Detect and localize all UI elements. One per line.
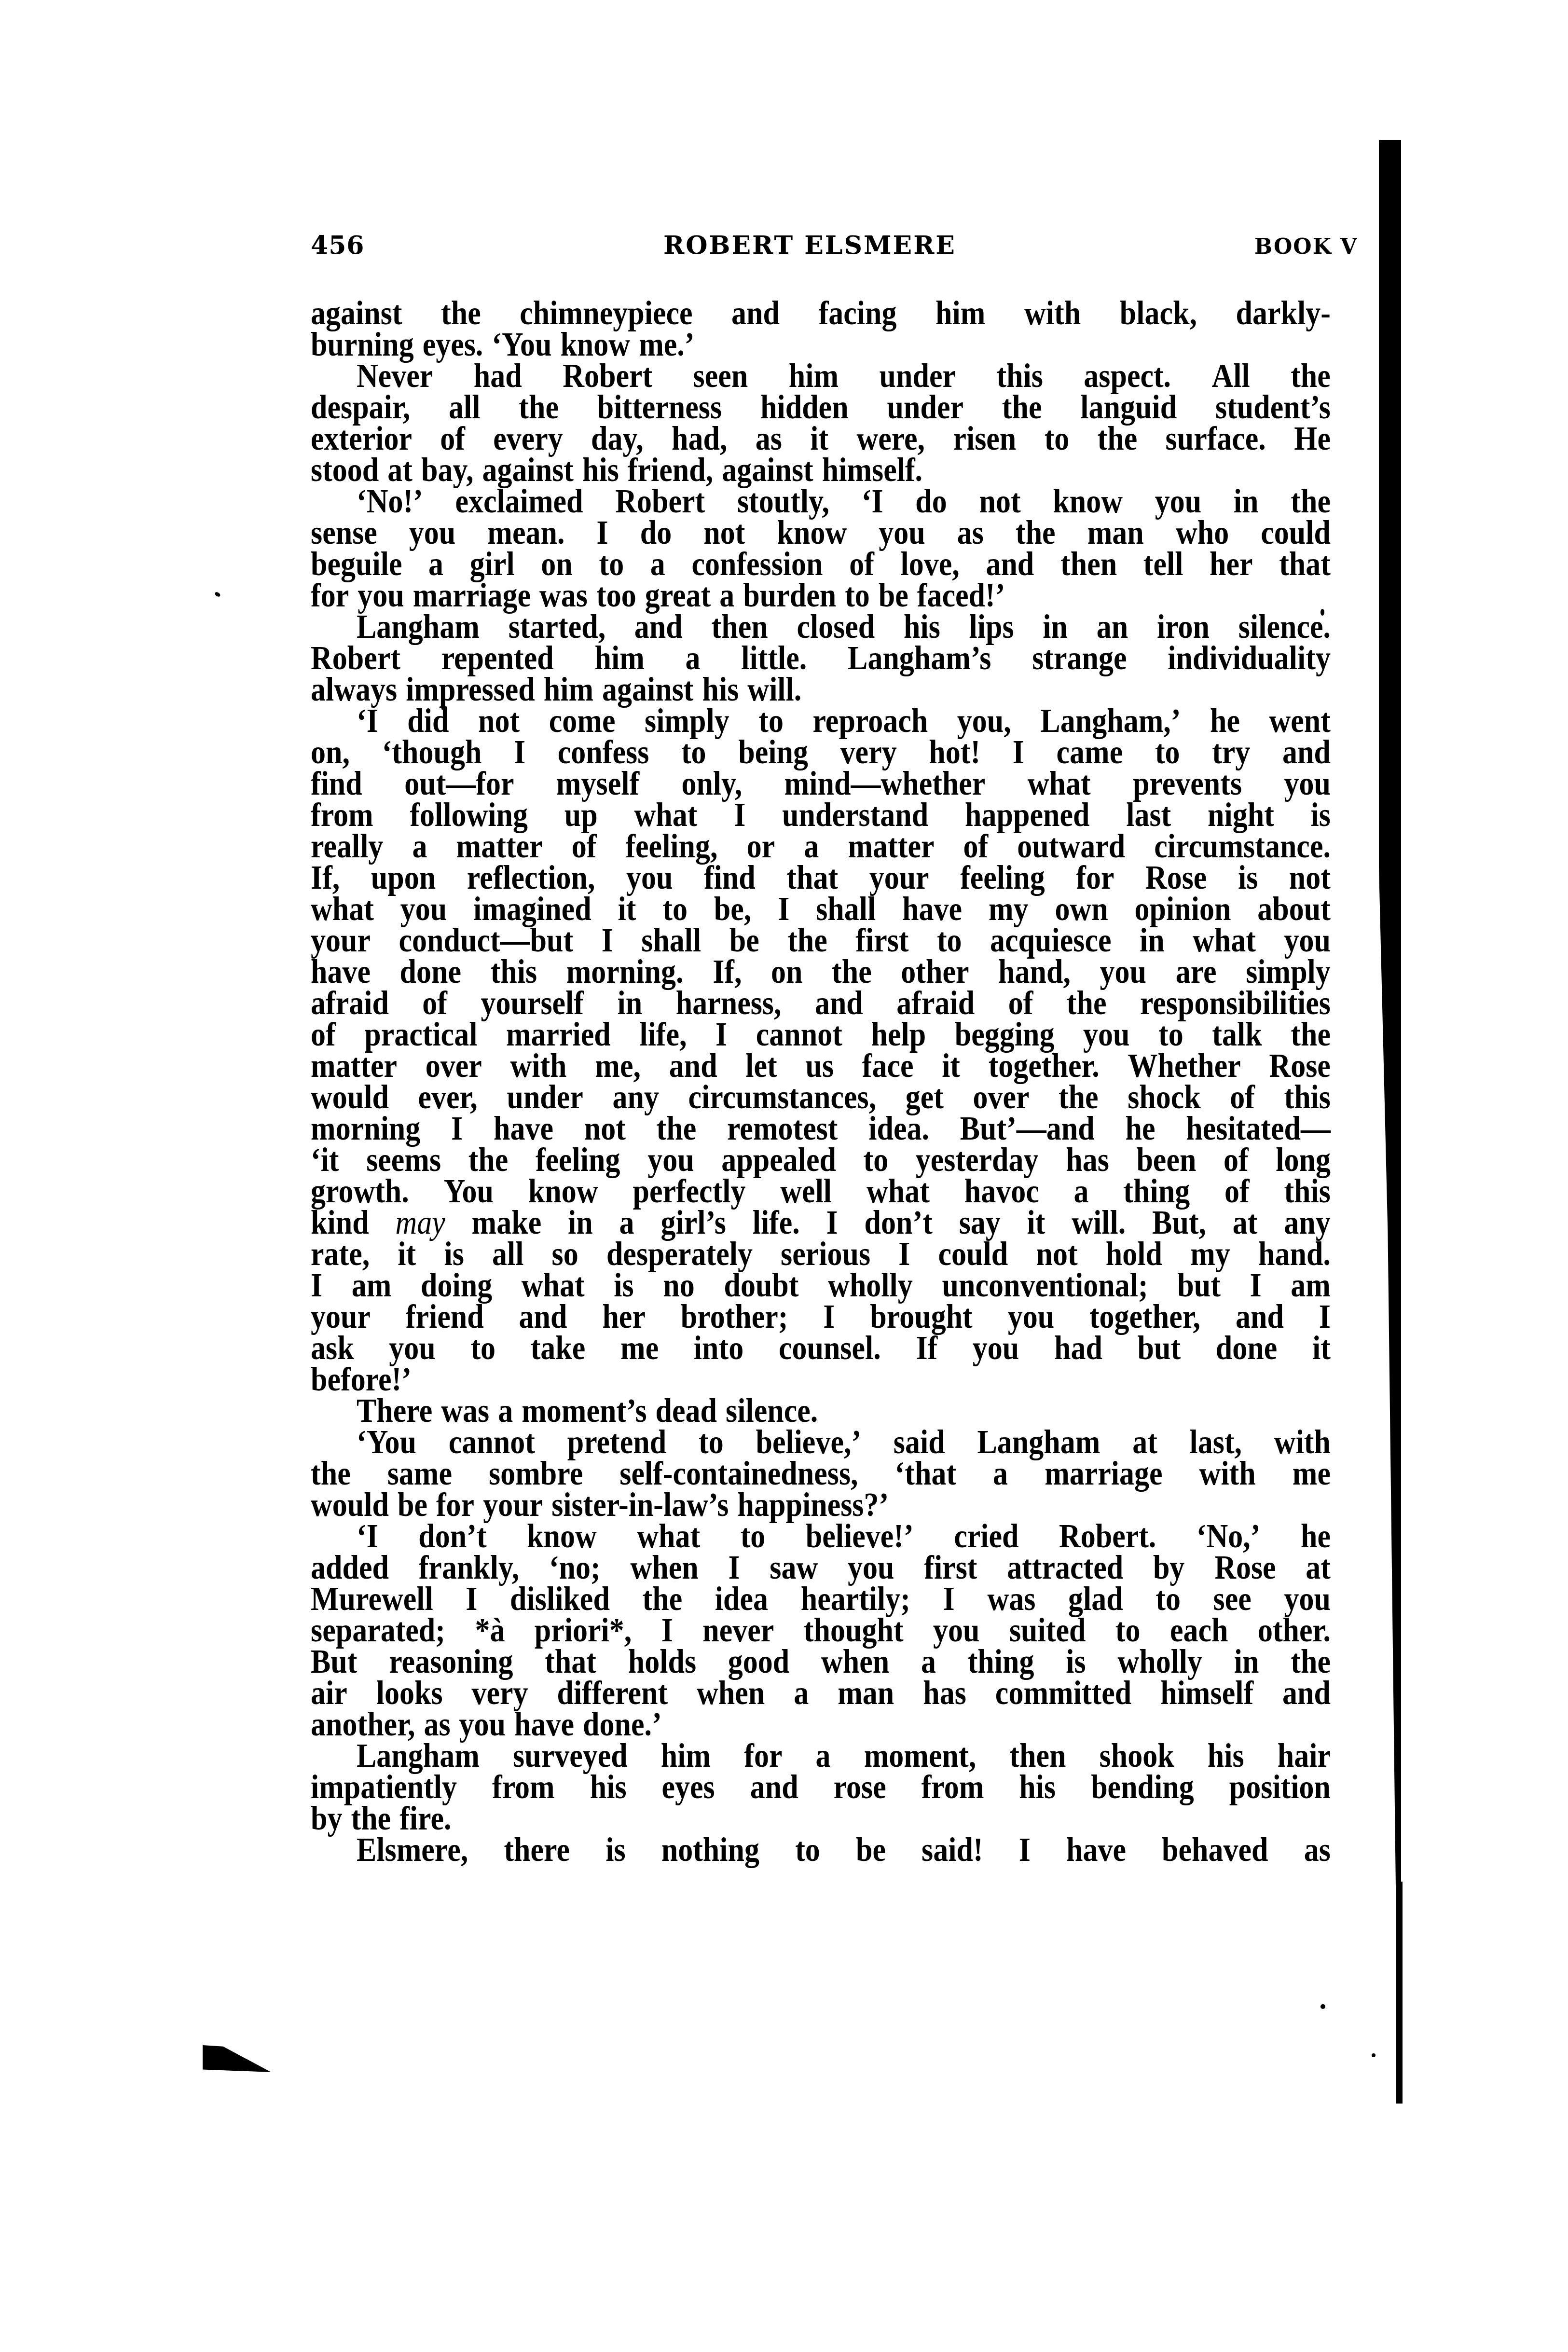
word: when (697, 1676, 765, 1711)
word: committed (995, 1676, 1131, 1711)
word: is (605, 1833, 625, 1868)
word: have (1066, 1833, 1126, 1868)
word: I (514, 735, 525, 770)
text-line: impatientlyfromhiseyesandrosefromhisbend… (311, 1770, 1331, 1805)
word: and (731, 296, 780, 331)
running-title: ROBERT ELSMERE (663, 231, 956, 260)
word: in (1234, 484, 1259, 520)
word: tell (1143, 547, 1183, 582)
word: his (582, 453, 619, 488)
word: but (1138, 1331, 1181, 1366)
word: bending (1091, 1770, 1194, 1805)
word: with (1199, 1457, 1256, 1492)
word: it (942, 1049, 960, 1084)
word: me (620, 1331, 659, 1366)
word: ‘that (895, 1457, 956, 1492)
word: as (1304, 1833, 1331, 1868)
book-label: BOOK V (1254, 234, 1358, 259)
word: by (311, 1802, 342, 1837)
word: If (916, 1331, 937, 1366)
word: in (617, 986, 642, 1021)
word: counsel. (779, 1331, 881, 1366)
word: I (734, 798, 745, 833)
word: had (474, 359, 522, 394)
word: Elsmere, (357, 1833, 468, 1868)
word: marriage (1045, 1457, 1162, 1492)
word: and (1282, 1676, 1331, 1711)
pointer-wedge-icon (203, 2045, 271, 2072)
word: He (1294, 422, 1331, 457)
word: her (1210, 547, 1253, 582)
word: a (993, 1457, 1008, 1492)
word: Langham’s (848, 641, 991, 676)
word: there (504, 1833, 570, 1868)
word: at (1233, 1206, 1258, 1241)
word: always (311, 673, 397, 708)
word: from (492, 1770, 555, 1805)
word: from (922, 1770, 984, 1805)
word: individuality (1168, 641, 1331, 676)
word: done (1216, 1331, 1277, 1366)
word: himself (1160, 1676, 1253, 1711)
word: to (1045, 422, 1070, 457)
word: me (1293, 1457, 1331, 1492)
word: you (1100, 955, 1146, 990)
word: is (1238, 861, 1258, 896)
word: with (1024, 296, 1081, 331)
margin-speck (1320, 2004, 1325, 2009)
page-number: 456 (311, 231, 365, 260)
word: as (957, 516, 984, 551)
scanned-book-page: 456 ROBERT ELSMERE BOOK V againstthechim… (0, 0, 1568, 2352)
word: facing (819, 296, 897, 331)
margin-speck (1320, 609, 1324, 616)
word: to (470, 1331, 495, 1366)
word: to (795, 1833, 820, 1868)
word: and (750, 1770, 798, 1805)
word: that (1279, 547, 1331, 582)
word: I (1013, 735, 1024, 770)
body-text: againstthechimneypieceandfacinghimwithbl… (311, 298, 1331, 1866)
text-line: askyoutotakemeintocounsel.Ifyouhadbutdon… (311, 1331, 1331, 1366)
word: had (1054, 1331, 1102, 1366)
word: man (838, 1676, 894, 1711)
word: position (1229, 1770, 1331, 1805)
word: him (935, 296, 985, 331)
word: his (1019, 1770, 1056, 1805)
word: be (856, 1833, 886, 1868)
word: it (1312, 1331, 1331, 1366)
word: a (816, 1739, 831, 1774)
word: you (973, 1331, 1019, 1366)
word: it (618, 892, 636, 927)
word: darkly- (1236, 296, 1331, 331)
word: his (590, 1770, 627, 1805)
word: risen (953, 422, 1016, 457)
word: to (741, 1519, 766, 1554)
word: for (311, 578, 349, 614)
word: black, (1120, 296, 1197, 331)
word: a (794, 1676, 809, 1711)
binding-shadow-bar (1379, 140, 1401, 1959)
margin-speck (1372, 2053, 1375, 2057)
word: take (531, 1331, 586, 1366)
word: rose (834, 1770, 886, 1805)
word: not (979, 484, 1020, 520)
binding-shadow-tail (1396, 1882, 1403, 2104)
word: said! (922, 1833, 983, 1868)
word: I (451, 1112, 463, 1147)
word: surface. (1166, 422, 1266, 457)
margin-speck (214, 591, 221, 597)
word: ever, (418, 1080, 478, 1115)
word: eyes (662, 1770, 715, 1805)
word: all (492, 1237, 523, 1272)
word: I (1019, 1833, 1031, 1868)
word: nothing (661, 1833, 759, 1868)
word: I (715, 1018, 727, 1053)
word: ‘I (357, 704, 378, 739)
word: into (694, 1331, 743, 1366)
word: the (1098, 422, 1138, 457)
word: has (923, 1676, 966, 1711)
word: behaved (1162, 1833, 1268, 1868)
word: strange (1032, 641, 1127, 676)
word: it (398, 1237, 416, 1272)
text-line: Elsmere,thereisnothingtobesaid!Ihavebeha… (311, 1833, 1331, 1868)
word: then (1060, 547, 1117, 582)
